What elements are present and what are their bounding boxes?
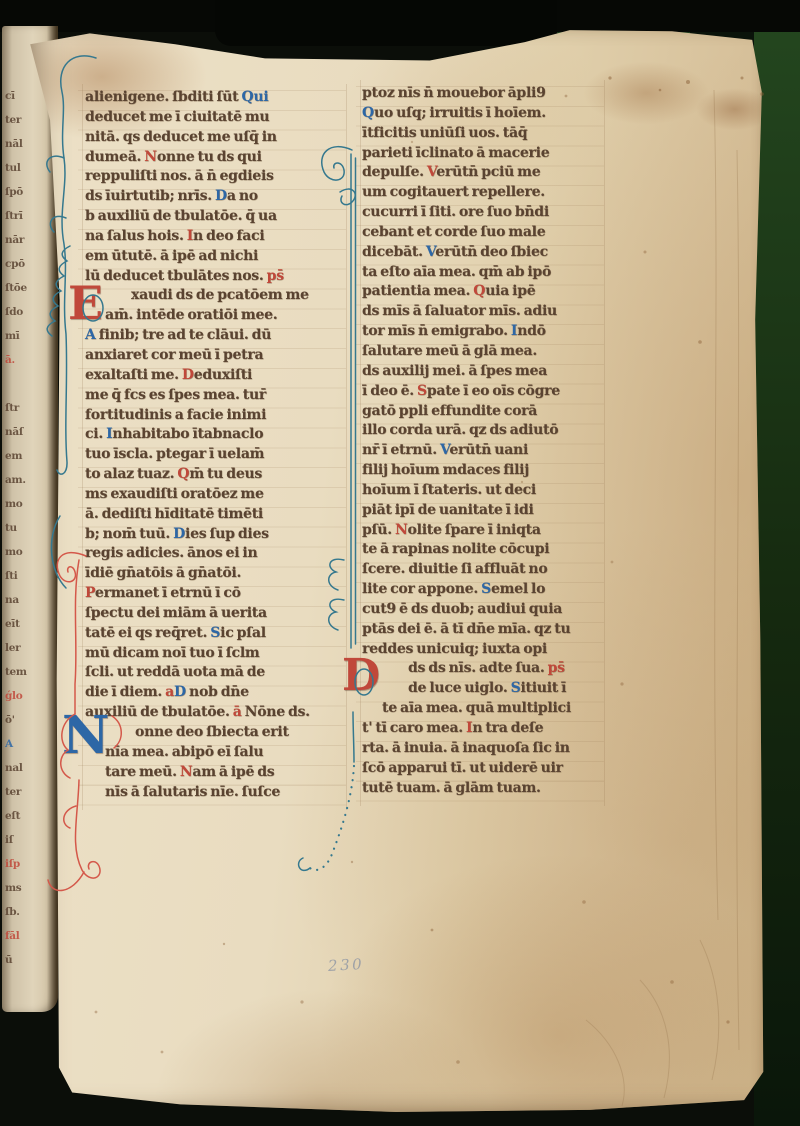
text-line: gatō ppli effundite corā: [362, 402, 606, 422]
text-segment: de luce uiglo.: [408, 680, 511, 696]
text-line: reddes unicuiq; iuxta opi: [362, 640, 606, 660]
text-segment: reppuliſti nos. ā n̄ egdieis: [85, 168, 274, 184]
background-top-notch: [215, 0, 557, 46]
text-line: cebant et corde ſuo male: [362, 223, 606, 243]
text-segment: a no: [227, 188, 258, 204]
text-segment: parieti īclinato ā macerie: [362, 145, 549, 161]
text-segment: te ā rapinas nolite cōcupi: [362, 541, 549, 557]
text-line: nitā. qs deducet me uſq̄ in: [85, 128, 347, 148]
text-line: tare meū. Nam ā ipē ds: [85, 763, 347, 783]
text-line: illo corda urā. qz ds adiutō: [362, 421, 606, 441]
text-segment: uia ipē: [485, 283, 535, 299]
edge-text-fragment: am.: [5, 468, 31, 492]
text-segment: S: [481, 581, 491, 597]
text-segment: ps̄: [544, 660, 564, 676]
manuscript-page: alienigene. ſbditi ſūt Quideducet me ī c…: [28, 28, 764, 1112]
ruling-vertical: [82, 84, 83, 810]
text-line: ds auxilij mei. ā ſpes mea: [362, 362, 606, 382]
text-line: cucurri ī ſiti. ore ſuo bn̄di: [362, 203, 606, 223]
text-segment: ds īuirtutib; nrīs.: [85, 188, 215, 204]
text-line: auxiliū de tbulatōe. ā Nōne ds.: [85, 703, 347, 723]
text-line: Permanet ī etrnū ī cō: [85, 584, 347, 604]
text-segment: ſalutare meū ā glā mea.: [362, 343, 537, 359]
text-segment: te aīa mea. quā multiplici: [382, 700, 571, 716]
previous-page-text-fragments: cīternāltulſpōſtrīnārcpōſtōeſdomīā.ſtrnā…: [5, 84, 31, 972]
text-line: ſpectu dei miām ā uerita: [85, 604, 347, 624]
text-segment: dicebāt.: [362, 244, 426, 260]
edge-text-fragment: ū: [5, 948, 31, 972]
text-segment: nob dn̄e: [186, 684, 249, 700]
edge-text-fragment: mo: [5, 540, 31, 564]
text-line: ī deo ē. Spate ī eo oīs cōgre: [362, 382, 606, 402]
text-line: nr̄ ī etrnū. Verūtn̄ uani: [362, 441, 606, 461]
edge-text-fragment: em: [5, 444, 31, 468]
text-segment: exaltaſti me.: [85, 367, 182, 383]
edge-text-fragment: fāl: [5, 924, 31, 948]
edge-text-fragment: nār: [5, 228, 31, 252]
text-line: na ſalus hois. In deo faci: [85, 227, 347, 247]
text-segment: lū deducet tbulātes nos.: [85, 268, 264, 284]
text-segment: tor mīs n̄ emigrabo.: [362, 323, 511, 339]
text-segment: S: [511, 680, 521, 696]
text-line: ptās dei ē. ā tī dn̄e mīa. qz tu: [362, 620, 606, 640]
text-segment: ſcō apparui tī. ut uiderē uir: [362, 760, 563, 776]
text-segment: ā. dediſti hīditatē timēti: [85, 506, 263, 522]
text-segment: um cogitauert repellere.: [362, 184, 545, 200]
text-line: rta. ā inuia. ā inaquoſa ſic in: [362, 739, 606, 759]
text-segment: alienigene. ſbditi ſūt: [85, 89, 242, 105]
text-line: Quo uſq; irruitis ī hoīem.: [362, 104, 606, 124]
text-column-left: alienigene. ſbditi ſūt Quideducet me ī c…: [85, 88, 347, 802]
text-segment: P: [85, 585, 95, 601]
text-line: mū dicam noī tuo ī ſclm: [85, 644, 347, 664]
text-line: te aīa mea. quā multiplici: [362, 699, 606, 719]
text-line: te ā rapinas nolite cōcupi: [362, 540, 606, 560]
text-line: pſū. Nolite ſpare ī iniqta: [362, 521, 606, 541]
text-segment: depulſe.: [362, 164, 427, 180]
previous-page-edge: cīternāltulſpōſtrīnārcpōſtōeſdomīā.ſtrnā…: [2, 26, 58, 1012]
text-segment: V: [426, 244, 435, 260]
text-line: to alaz tuaz. Qm̄ tu deus: [85, 465, 347, 485]
illuminated-initial-E: E: [68, 280, 103, 326]
text-segment: D: [182, 367, 194, 383]
text-segment: b auxiliū de tbulatōe. q̄ ua: [85, 208, 277, 224]
text-segment: ms exaudiſti oratōez me: [85, 486, 264, 502]
edge-text-fragment: ter: [5, 780, 31, 804]
text-segment: na ſalus hois.: [85, 228, 187, 244]
text-segment: S: [417, 383, 427, 399]
text-segment: Q: [473, 283, 485, 299]
text-segment: N: [395, 522, 408, 538]
text-segment: ptoz nīs n̄ mouebor āpli9: [362, 85, 546, 101]
text-segment: erūtn̄ uani: [449, 442, 528, 458]
text-line: ſcō apparui tī. ut uiderē uir: [362, 759, 606, 779]
text-line: die ī diem. aD nob dn̄e: [85, 683, 347, 703]
text-line: ītficitis uniūſi uos. tāq̄: [362, 124, 606, 144]
text-segment: reddes unicuiq; iuxta opi: [362, 641, 547, 657]
edge-text-fragment: [5, 372, 31, 396]
text-segment: xaudi ds de pcatōem me: [131, 287, 309, 303]
text-line: anxiaret cor meū ī petra: [85, 346, 347, 366]
text-segment: lite cor appone.: [362, 581, 481, 597]
text-segment: regis adicies. ānos ei in: [85, 545, 257, 561]
text-segment: piāt ipī de uanitate ī idi: [362, 502, 534, 518]
edge-text-fragment: A: [5, 732, 31, 756]
text-segment: a: [165, 684, 174, 700]
text-line: ci. Inhabitabo ītabnaclo: [85, 425, 347, 445]
edge-text-fragment: tul: [5, 156, 31, 180]
edge-text-fragment: nal: [5, 756, 31, 780]
edge-text-fragment: na: [5, 588, 31, 612]
edge-text-fragment: ſpō: [5, 180, 31, 204]
text-segment: m̄ tu deus: [189, 466, 262, 482]
text-line: ſcli. ut reddā uota mā de: [85, 663, 347, 683]
text-segment: t' tī caro mea.: [362, 720, 466, 736]
text-line: tor mīs n̄ emigrabo. Indō: [362, 322, 606, 342]
text-segment: tatē ei qs req̄ret.: [85, 625, 210, 641]
text-segment: ds ds nīs. adte ſua.: [408, 660, 544, 676]
text-segment: nīs ā ſalutaris nīe. ſuſce: [105, 784, 280, 800]
text-line: de luce uiglo. Sitiuit ī: [362, 679, 606, 699]
text-line: ms exaudiſti oratōez me: [85, 485, 347, 505]
text-line: ſalutare meū ā glā mea.: [362, 342, 606, 362]
text-segment: S: [210, 625, 220, 641]
text-segment: filij hoīum mdaces filij: [362, 462, 529, 478]
text-segment: erūtn̄ pciū me: [436, 164, 540, 180]
text-segment: D: [215, 188, 227, 204]
text-segment: am̄. intēde oratiōi mee.: [105, 307, 277, 323]
edge-text-fragment: ter: [5, 108, 31, 132]
text-segment: ndō: [517, 323, 546, 339]
edge-text-fragment: ſdo: [5, 300, 31, 324]
text-line: A finib; tre ad te clāui. dū: [85, 326, 347, 346]
text-line: īdiē gn̄atōis ā gn̄atōi.: [85, 564, 347, 584]
text-line: deducet me ī ciuitatē mu: [85, 108, 347, 128]
text-segment: ds auxilij mei. ā ſpes mea: [362, 363, 547, 379]
edge-text-fragment: ſtōe: [5, 276, 31, 300]
text-segment: ies ſup dies: [185, 526, 269, 542]
text-segment: olite ſpare ī iniqta: [408, 522, 541, 538]
text-segment: Nōne ds.: [242, 704, 310, 720]
text-segment: cebant et corde ſuo male: [362, 224, 545, 240]
text-segment: uo uſq; irruitis ī hoīem.: [374, 105, 546, 121]
text-segment: nr̄ ī etrnū.: [362, 442, 440, 458]
text-segment: illo corda urā. qz ds adiutō: [362, 422, 558, 438]
text-line: um cogitauert repellere.: [362, 183, 606, 203]
text-line: ſcere. diuitie ſi affluāt no: [362, 560, 606, 580]
edge-text-fragment: ſti: [5, 564, 31, 588]
text-segment: finib; tre ad te clāui. dū: [96, 327, 272, 343]
text-segment: D: [173, 526, 185, 542]
text-segment: rta. ā inuia. ā inaquoſa ſic in: [362, 740, 570, 756]
text-line: ds ds nīs. adte ſua. ps̄: [362, 659, 606, 679]
text-line: lite cor appone. Semel lo: [362, 580, 606, 600]
edge-text-fragment: ler: [5, 636, 31, 660]
text-line: patientia mea. Quia ipē: [362, 282, 606, 302]
edge-text-fragment: ǵlo: [5, 684, 31, 708]
text-segment: nhabitabo ītabnaclo: [112, 426, 263, 442]
text-segment: b; nom̄ tuū.: [85, 526, 173, 542]
text-segment: eduxiſti: [194, 367, 252, 383]
text-line: tutē tuam. ā glām tuam.: [362, 779, 606, 799]
text-segment: ſpectu dei miām ā uerita: [85, 605, 267, 621]
text-line: xaudi ds de pcatōem me: [85, 286, 347, 306]
text-segment: nitā. qs deducet me uſq̄ in: [85, 129, 277, 145]
edge-text-fragment: tu: [5, 516, 31, 540]
text-segment: ermanet ī etrnū ī cō: [95, 585, 241, 601]
folio-number: 230: [328, 955, 365, 975]
text-segment: dumeā.: [85, 149, 144, 165]
text-segment: īdiē gn̄atōis ā gn̄atōi.: [85, 565, 241, 581]
text-line: lū deducet tbulātes nos. ps̄: [85, 267, 347, 287]
text-line: reppuliſti nos. ā n̄ egdieis: [85, 167, 347, 187]
text-segment: Qui: [242, 89, 269, 105]
text-line: depulſe. Verūtn̄ pciū me: [362, 163, 606, 183]
text-segment: ptās dei ē. ā tī dn̄e mīa. qz tu: [362, 621, 570, 637]
edge-text-fragment: nāl: [5, 132, 31, 156]
text-line: nīs ā ſalutaris nīe. ſuſce: [85, 783, 347, 803]
text-line: tatē ei qs req̄ret. Sic pſal: [85, 624, 347, 644]
text-line: ptoz nīs n̄ mouebor āpli9: [362, 84, 606, 104]
text-line: onne deo ſbiecta erit: [85, 723, 347, 743]
text-segment: mū dicam noī tuo ī ſclm: [85, 645, 259, 661]
text-line: hoīum ī ſtateris. ut deci: [362, 481, 606, 501]
text-segment: Q: [177, 466, 189, 482]
text-segment: V: [427, 164, 436, 180]
text-segment: patientia mea.: [362, 283, 473, 299]
text-line: cut9 ē ds duob; audiui quia: [362, 600, 606, 620]
text-segment: anxiaret cor meū ī petra: [85, 347, 263, 363]
text-line: b auxiliū de tbulatōe. q̄ ua: [85, 207, 347, 227]
edge-text-fragment: mo: [5, 492, 31, 516]
text-segment: deducet me ī ciuitatē mu: [85, 109, 269, 125]
text-segment: em ūtutē. ā ipē ad nichi: [85, 248, 258, 264]
text-segment: am ā ipē ds: [192, 764, 274, 780]
illuminated-initial-N: N: [62, 710, 110, 762]
edge-text-fragment: eīt: [5, 612, 31, 636]
text-segment: onne deo ſbiecta erit: [135, 724, 289, 740]
text-line: am̄. intēde oratiōi mee.: [85, 306, 347, 326]
text-line: nīa mea. abipō eī ſalu: [85, 743, 347, 763]
text-line: ta eſto aīa mea. qm̄ ab ipō: [362, 263, 606, 283]
text-segment: n tra deſe: [472, 720, 543, 736]
text-segment: hoīum ī ſtateris. ut deci: [362, 482, 536, 498]
text-segment: tutē tuam. ā glām tuam.: [362, 780, 541, 796]
edge-text-fragment: cpō: [5, 252, 31, 276]
text-segment: N: [180, 764, 193, 780]
text-line: me q̄ fcs es ſpes mea. tur̄: [85, 386, 347, 406]
text-line: em ūtutē. ā ipē ad nichi: [85, 247, 347, 267]
edge-text-fragment: nāſ: [5, 420, 31, 444]
text-line: regis adicies. ānos ei in: [85, 544, 347, 564]
text-segment: pate ī eo oīs cōgre: [427, 383, 560, 399]
edge-text-fragment: ſtr: [5, 396, 31, 420]
text-line: parieti īclinato ā macerie: [362, 144, 606, 164]
text-line: filij hoīum mdaces filij: [362, 461, 606, 481]
text-segment: ītficitis uniūſi uos. tāq̄: [362, 125, 527, 141]
text-segment: ā: [233, 704, 242, 720]
text-segment: ci.: [85, 426, 106, 442]
edge-text-fragment: cī: [5, 84, 31, 108]
text-segment: erūtn̄ deo ſbiec: [435, 244, 548, 260]
text-segment: N: [144, 149, 157, 165]
text-segment: pſū.: [362, 522, 395, 538]
edge-text-fragment: iſ: [5, 828, 31, 852]
edge-text-fragment: ms: [5, 876, 31, 900]
text-segment: ſcere. diuitie ſi affluāt no: [362, 561, 547, 577]
manuscript-scan: cīternāltulſpōſtrīnārcpōſtōeſdomīā.ſtrnā…: [0, 0, 800, 1126]
text-line: t' tī caro mea. In tra deſe: [362, 719, 606, 739]
text-segment: onne tu ds qui: [157, 149, 262, 165]
edge-text-fragment: ō': [5, 708, 31, 732]
text-line: exaltaſti me. Deduxiſti: [85, 366, 347, 386]
text-segment: V: [440, 442, 449, 458]
text-segment: tuo īscla. ptegar ī uelam̄: [85, 446, 264, 462]
text-segment: gatō ppli effundite corā: [362, 403, 537, 419]
illuminated-initial-D: D: [342, 654, 380, 698]
edge-text-fragment: ſtrī: [5, 204, 31, 228]
text-segment: itiuit ī: [520, 680, 566, 696]
text-segment: Q: [362, 105, 374, 121]
text-line: dicebāt. Verūtn̄ deo ſbiec: [362, 243, 606, 263]
edge-text-fragment: eſt: [5, 804, 31, 828]
text-segment: D: [174, 684, 186, 700]
edge-text-fragment: ā.: [5, 348, 31, 372]
edge-text-fragment: tem: [5, 660, 31, 684]
text-segment: ſcli. ut reddā uota mā de: [85, 664, 265, 680]
text-line: ā. dediſti hīditatē timēti: [85, 505, 347, 525]
edge-text-fragment: ſb.: [5, 900, 31, 924]
text-segment: to alaz tuaz.: [85, 466, 177, 482]
text-segment: n deo faci: [193, 228, 264, 244]
text-segment: ī deo ē.: [362, 383, 417, 399]
text-segment: ps̄: [264, 268, 284, 284]
text-segment: me q̄ fcs es ſpes mea. tur̄: [85, 387, 266, 403]
text-line: fortitudinis a facie inimi: [85, 406, 347, 426]
text-line: ds mīs ā ſaluator mīs. adiu: [362, 302, 606, 322]
text-line: b; nom̄ tuū. Dies ſup dies: [85, 525, 347, 545]
text-segment: die ī diem.: [85, 684, 165, 700]
text-line: alienigene. ſbditi ſūt Qui: [85, 88, 347, 108]
text-segment: nīa mea. abipō eī ſalu: [105, 744, 263, 760]
text-column-right: ptoz nīs n̄ mouebor āpli9Quo uſq; irruit…: [362, 84, 606, 798]
edge-text-fragment: mī: [5, 324, 31, 348]
text-segment: fortitudinis a facie inimi: [85, 407, 266, 423]
text-segment: cucurri ī ſiti. ore ſuo bn̄di: [362, 204, 549, 220]
edge-text-fragment: iſp: [5, 852, 31, 876]
text-line: tuo īscla. ptegar ī uelam̄: [85, 445, 347, 465]
text-segment: cut9 ē ds duob; audiui quia: [362, 601, 562, 617]
text-segment: tare meū.: [105, 764, 180, 780]
text-line: ds īuirtutib; nrīs. Da no: [85, 187, 347, 207]
text-segment: ic pſal: [220, 625, 266, 641]
text-line: piāt ipī de uanitate ī idi: [362, 501, 606, 521]
text-line: dumeā. Nonne tu ds qui: [85, 148, 347, 168]
text-segment: emel lo: [491, 581, 545, 597]
text-segment: ta eſto aīa mea. qm̄ ab ipō: [362, 264, 551, 280]
text-segment: ds mīs ā ſaluator mīs. adiu: [362, 303, 557, 319]
